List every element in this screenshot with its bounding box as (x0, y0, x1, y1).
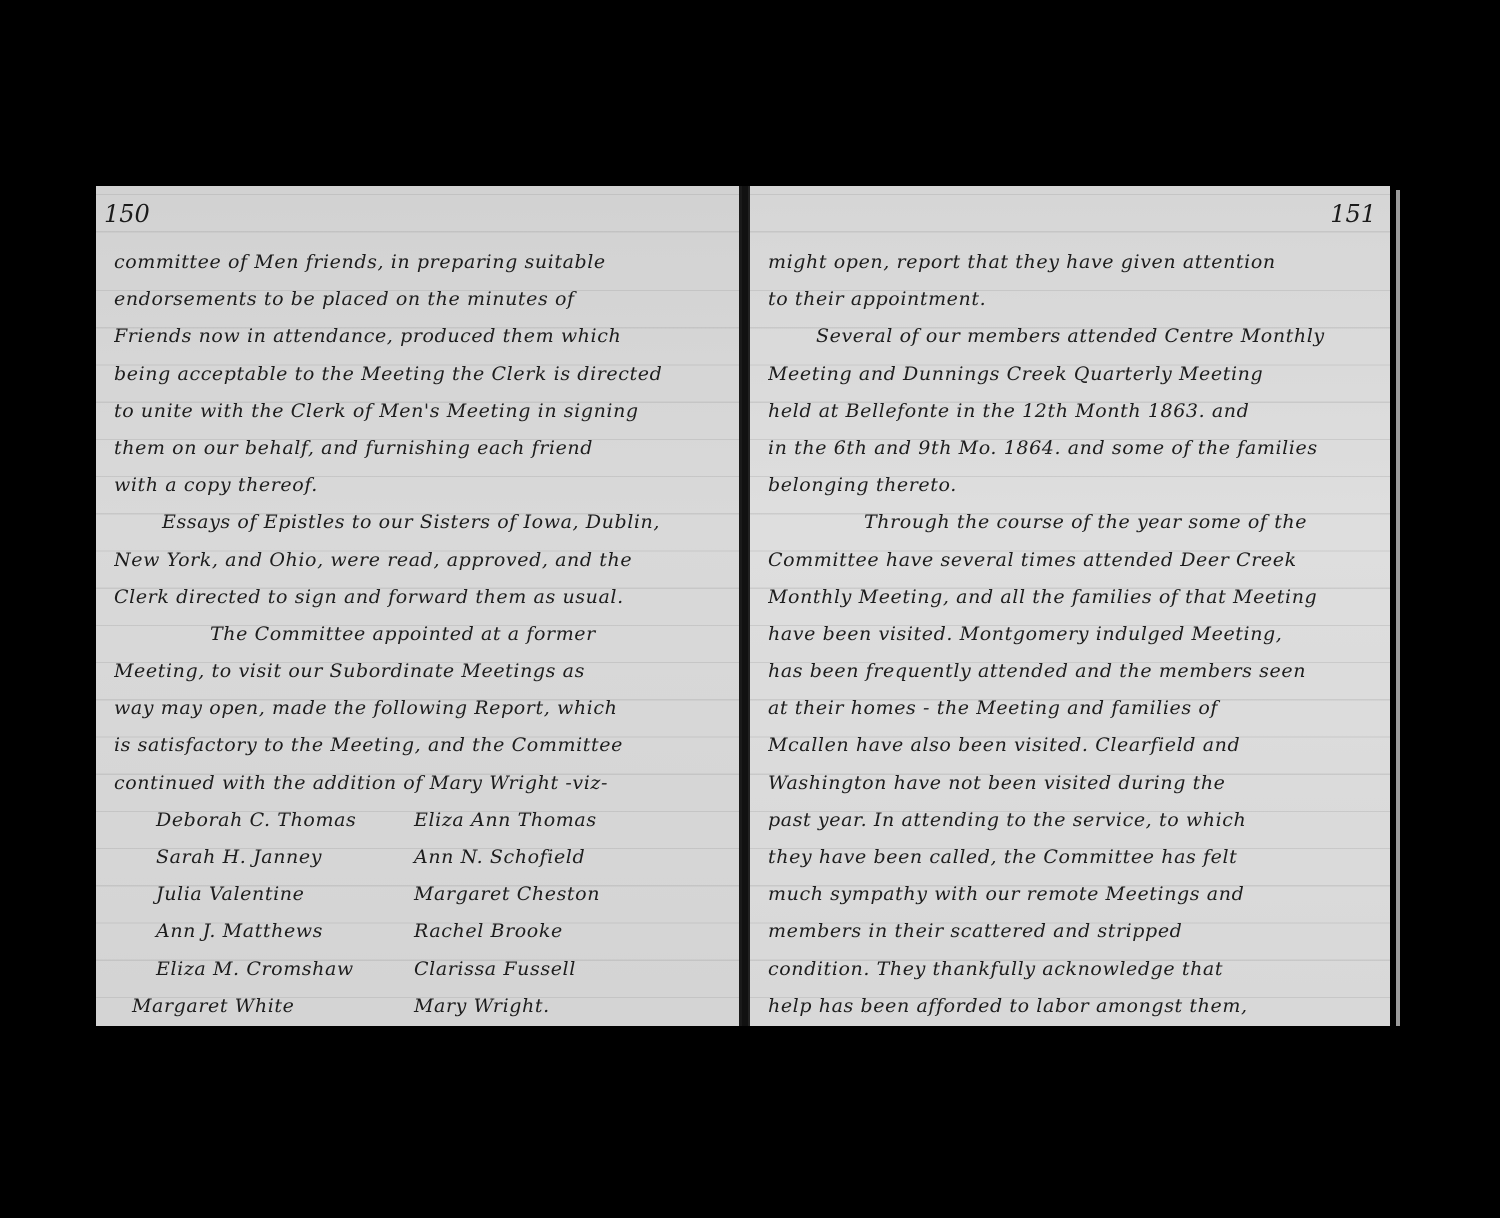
committee-name: Julia Valentine (114, 876, 414, 913)
committee-name: Eliza Ann Thomas (414, 802, 714, 839)
text-line: Mcallen have also been visited. Clearfie… (768, 727, 1376, 764)
text-line: being acceptable to the Meeting the Cler… (114, 356, 725, 393)
text-line: to unite with the Clerk of Men's Meeting… (114, 393, 725, 430)
text-line: in the 6th and 9th Mo. 1864. and some of… (768, 430, 1376, 467)
committee-name: Ann J. Matthews (114, 913, 414, 950)
text-line: they have been called, the Committee has… (768, 839, 1376, 876)
page-number-right: 151 (1330, 200, 1376, 228)
text-line: help has been afforded to labor amongst … (768, 988, 1376, 1025)
text-line: to their appointment. (768, 281, 1376, 318)
text-line: is satisfactory to the Meeting, and the … (114, 727, 725, 764)
left-page-text: committee of Men friends, in preparing s… (114, 244, 725, 1026)
committee-names-row: Sarah H. Janney Ann N. Schofield (114, 839, 725, 876)
salutation: To the Yearly Meeting now sitting (114, 1025, 725, 1026)
committee-names-row: Julia Valentine Margaret Cheston (114, 876, 725, 913)
text-line: Committee have several times attended De… (768, 542, 1376, 579)
text-line: has been frequently attended and the mem… (768, 653, 1376, 690)
committee-name: Eliza M. Cromshaw (114, 951, 414, 988)
text-line: at their homes - the Meeting and familie… (768, 690, 1376, 727)
committee-name: Margaret Cheston (414, 876, 714, 913)
text-line: have been visited. Montgomery indulged M… (768, 616, 1376, 653)
page-number-left: 150 (104, 200, 150, 228)
page-edge (1396, 190, 1400, 1026)
text-line: committee of Men friends, in preparing s… (114, 244, 725, 281)
right-page: 151 might open, report that they have gi… (748, 186, 1390, 1026)
text-line: held at Bellefonte in the 12th Month 186… (768, 393, 1376, 430)
right-page-text: might open, report that they have given … (768, 244, 1376, 1026)
text-line: with a copy thereof. (114, 467, 725, 504)
committee-name: Deborah C. Thomas (114, 802, 414, 839)
text-line: might open, report that they have given … (768, 244, 1376, 281)
text-line: Several of our members attended Centre M… (768, 318, 1376, 355)
text-line: Washington have not been visited during … (768, 765, 1376, 802)
committee-name: Rachel Brooke (414, 913, 714, 950)
committee-name: Margaret White (114, 988, 414, 1025)
text-line: them on our behalf, and furnishing each … (114, 430, 725, 467)
committee-name: Mary Wright. (414, 988, 714, 1025)
text-line: Meeting and Dunnings Creek Quarterly Mee… (768, 356, 1376, 393)
committee-names-row: Eliza M. Cromshaw Clarissa Fussell (114, 951, 725, 988)
text-line: much sympathy with our remote Meetings a… (768, 876, 1376, 913)
text-line: Friends now in attendance, produced them… (114, 318, 725, 355)
left-page: 150 committee of Men friends, in prepari… (96, 186, 742, 1026)
text-line: condition. They thankfully acknowledge t… (768, 951, 1376, 988)
text-line: way may open, made the following Report,… (114, 690, 725, 727)
text-line: members in their scattered and stripped (768, 913, 1376, 950)
committee-name: Ann N. Schofield (414, 839, 714, 876)
committee-names-row: Deborah C. Thomas Eliza Ann Thomas (114, 802, 725, 839)
text-line: Meeting, to visit our Subordinate Meetin… (114, 653, 725, 690)
text-line: continued with the addition of Mary Wrig… (114, 765, 725, 802)
text-line: and extend counsel and advice, as way op… (768, 1025, 1376, 1026)
text-line: Through the course of the year some of t… (768, 504, 1376, 541)
text-line: Essays of Epistles to our Sisters of Iow… (114, 504, 725, 541)
text-line: Clerk directed to sign and forward them … (114, 579, 725, 616)
text-line: past year. In attending to the service, … (768, 802, 1376, 839)
text-line: belonging thereto. (768, 467, 1376, 504)
text-line: endorsements to be placed on the minutes… (114, 281, 725, 318)
text-line: The Committee appointed at a former (114, 616, 725, 653)
text-line: New York, and Ohio, were read, approved,… (114, 542, 725, 579)
text-line: Monthly Meeting, and all the families of… (768, 579, 1376, 616)
committee-names-row: Margaret White Mary Wright. (114, 988, 725, 1025)
committee-names-row: Ann J. Matthews Rachel Brooke (114, 913, 725, 950)
committee-name: Clarissa Fussell (414, 951, 714, 988)
committee-name: Sarah H. Janney (114, 839, 414, 876)
